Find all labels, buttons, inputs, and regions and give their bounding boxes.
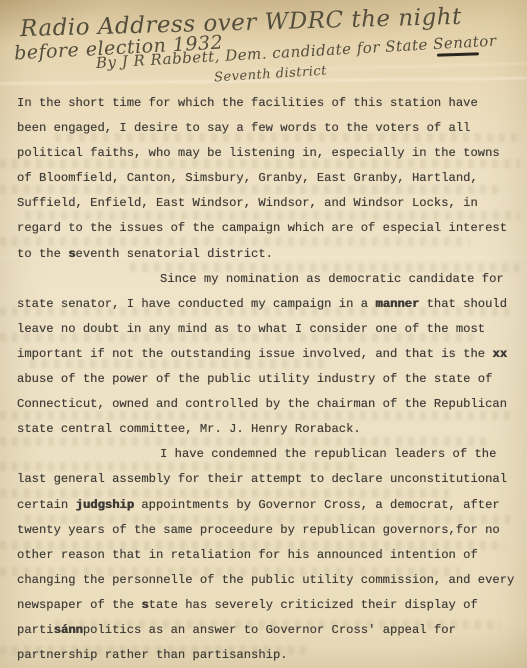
typed-body: In the short time for which the faciliti… xyxy=(17,91,515,668)
typed-line: twenty years of the same proceedure by r… xyxy=(17,518,515,543)
typed-line: changing the personnelle of the public u… xyxy=(17,568,515,593)
typed-line: important if not the outstanding issue i… xyxy=(17,342,515,367)
typed-overstrike-text: manner xyxy=(375,297,419,311)
typed-line: In the short time for which the faciliti… xyxy=(17,91,515,116)
scanned-document-page: Radio Address over WDRC the night before… xyxy=(0,0,527,668)
typed-text: been engaged, I desire to say a few word… xyxy=(17,121,470,135)
typed-text: changing the personnelle of the public u… xyxy=(17,573,514,587)
typed-line: of Bloomfield, Canton, Simsbury, Granby,… xyxy=(17,166,515,191)
typed-text: other reason that in retaliation for his… xyxy=(17,548,478,562)
typed-overstrike-text: judgship xyxy=(76,498,135,512)
typed-line: been engaged, I desire to say a few word… xyxy=(17,116,515,141)
typed-line: partisánnpolitics as an answer to Govern… xyxy=(17,618,515,643)
typed-line: regard to the issues of the campaign whi… xyxy=(17,216,515,241)
typed-text: to the xyxy=(17,247,68,261)
typed-text: Connecticut, owned and controlled by the… xyxy=(17,397,507,411)
typed-overstrike-text: s xyxy=(141,598,148,612)
typed-line: certain judgship appointments by Governo… xyxy=(17,493,515,518)
typed-text: twenty years of the same proceedure by r… xyxy=(17,523,500,537)
typed-text: state central committee, Mr. J. Henry Ro… xyxy=(17,422,361,436)
typed-line: to the seventh senatorial district. xyxy=(17,242,515,267)
typed-text: parti xyxy=(17,623,54,637)
typed-text: state senator, I have conducted my campa… xyxy=(17,297,375,311)
typed-text: politics as an answer to Governor Cross'… xyxy=(83,623,456,637)
typed-line: abuse of the power of the public utility… xyxy=(17,367,515,392)
typed-text: last general assembly for their attempt … xyxy=(17,472,507,486)
typed-overstrike-text: sánn xyxy=(54,623,83,637)
handwritten-byline-note: Seventh district xyxy=(214,64,328,86)
typed-line: newspaper of the state has severely crit… xyxy=(17,593,515,618)
typed-text: abuse of the power of the public utility… xyxy=(17,372,492,386)
typed-text: eventh senatorial district. xyxy=(76,247,273,261)
typed-text: appointments by Governor Cross, a democr… xyxy=(134,498,500,512)
typed-line: other reason that in retaliation for his… xyxy=(17,543,515,568)
typed-line: partnership rather than partisanship. xyxy=(17,643,515,668)
typed-line: Suffield, Enfield, East Windsor, Windsor… xyxy=(17,191,515,216)
typed-text: In the short time for which the faciliti… xyxy=(17,96,478,110)
typed-line: I have condemned the republican leaders … xyxy=(17,442,515,467)
typed-line: state central committee, Mr. J. Henry Ro… xyxy=(17,417,515,442)
typed-line: Since my nomination as democratic candid… xyxy=(17,267,515,292)
typed-line: last general assembly for their attempt … xyxy=(17,467,515,492)
typed-text: leave no doubt in any mind as to what I … xyxy=(17,322,485,336)
typed-text: of Bloomfield, Canton, Simsbury, Granby,… xyxy=(17,171,478,185)
typed-overstrike-text: s xyxy=(68,247,75,261)
typed-text: that should xyxy=(419,297,507,311)
typed-line: leave no doubt in any mind as to what I … xyxy=(17,317,515,342)
typed-text: important if not the outstanding issue i… xyxy=(17,347,492,361)
typed-text: tate has severely criticized their displ… xyxy=(149,598,478,612)
typed-text: certain xyxy=(17,498,76,512)
typed-line: political faiths, who may be listening i… xyxy=(17,141,515,166)
typed-text: Suffield, Enfield, East Windsor, Windsor… xyxy=(17,196,478,210)
typed-text: I have condemned the republican leaders … xyxy=(160,447,496,461)
handwritten-underline-dash xyxy=(437,52,479,56)
typed-text: partnership rather than partisanship. xyxy=(17,648,288,662)
typed-overstrike-text: xx xyxy=(492,347,507,361)
typed-text: Since my nomination as democratic candid… xyxy=(160,272,504,286)
typed-line: state senator, I have conducted my campa… xyxy=(17,292,515,317)
typed-text: political faiths, who may be listening i… xyxy=(17,146,500,160)
typed-text: newspaper of the xyxy=(17,598,141,612)
typed-text: regard to the issues of the campaign whi… xyxy=(17,221,507,235)
typed-line: Connecticut, owned and controlled by the… xyxy=(17,392,515,417)
